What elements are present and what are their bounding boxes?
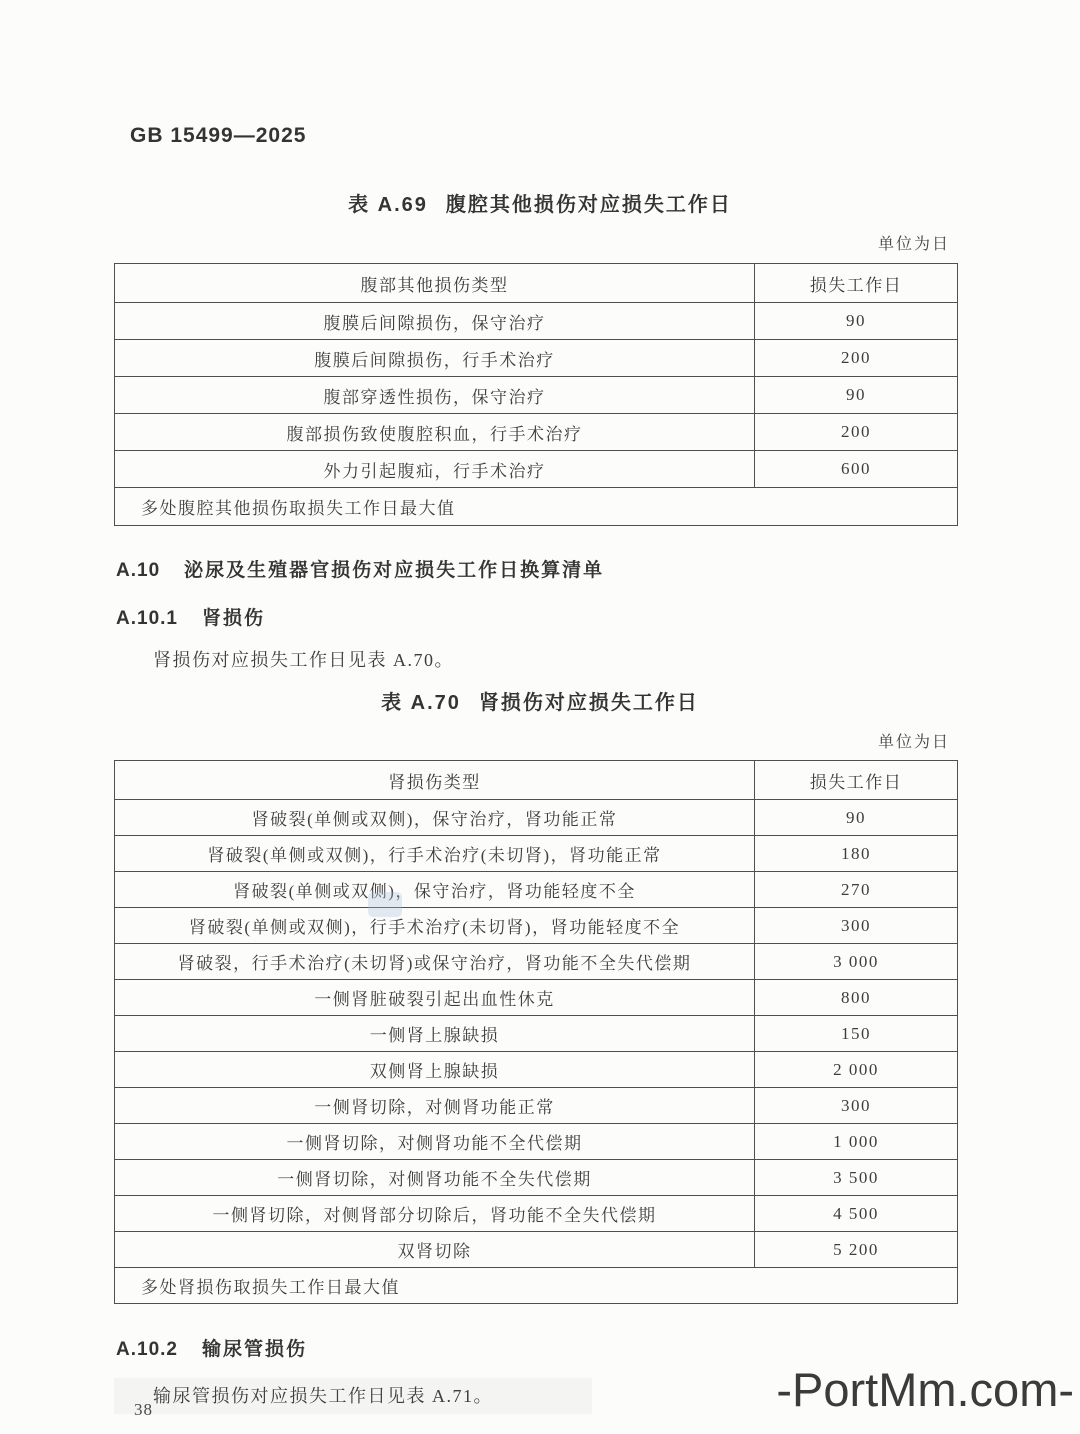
- table-row: 肾破裂(单侧或双侧)，保守治疗，肾功能轻度不全270: [115, 872, 958, 908]
- table-row: 双侧肾上腺缺损2 000: [115, 1052, 958, 1088]
- section-title: 输尿管损伤: [202, 1339, 307, 1360]
- watermark: -PortMm.com-: [776, 1362, 1074, 1417]
- table-row: 腹膜后间隙损伤，保守治疗90: [115, 303, 958, 340]
- column-header-lost-days: 损失工作日: [755, 264, 958, 303]
- table-footer-row: 多处腹腔其他损伤取损失工作日最大值: [115, 488, 958, 526]
- lost-days-cell: 90: [755, 800, 958, 836]
- lost-days-cell: 300: [755, 1088, 958, 1124]
- section-number: A.10.1: [116, 608, 178, 629]
- lost-days-cell: 270: [755, 872, 958, 908]
- injury-type-cell: 肾破裂(单侧或双侧)，行手术治疗(未切肾)，肾功能轻度不全: [115, 908, 755, 944]
- table-a69-number: 表 A.69: [348, 194, 428, 216]
- lost-days-cell: 90: [755, 377, 958, 414]
- lost-days-cell: 600: [755, 451, 958, 488]
- injury-type-cell: 一侧肾切除，对侧肾功能不全失代偿期: [115, 1160, 755, 1196]
- unit-note-a69: 单位为日: [878, 231, 950, 254]
- section-number: A.10: [116, 560, 160, 581]
- table-footer-note: 多处肾损伤取损失工作日最大值: [115, 1268, 958, 1304]
- injury-type-cell: 肾破裂，行手术治疗(未切肾)或保守治疗，肾功能不全失代偿期: [115, 944, 755, 980]
- injury-type-cell: 腹膜后间隙损伤，行手术治疗: [115, 340, 755, 377]
- table-row: 一侧肾上腺缺损150: [115, 1016, 958, 1052]
- section-title: 肾损伤: [202, 608, 265, 629]
- table-a70-title-text: 肾损伤对应损失工作日: [479, 692, 699, 714]
- table-header-row: 腹部其他损伤类型 损失工作日: [115, 264, 958, 303]
- injury-type-cell: 腹部穿透性损伤，保守治疗: [115, 377, 755, 414]
- table-header-row: 肾损伤类型 损失工作日: [115, 761, 958, 800]
- lost-days-cell: 1 000: [755, 1124, 958, 1160]
- column-header-injury-type: 腹部其他损伤类型: [115, 264, 755, 303]
- injury-type-cell: 一侧肾切除，对侧肾部分切除后，肾功能不全失代偿期: [115, 1196, 755, 1232]
- section-title: 泌尿及生殖器官损伤对应损失工作日换算清单: [184, 560, 604, 581]
- table-a70-number: 表 A.70: [381, 692, 461, 714]
- injury-type-cell: 一侧肾切除，对侧肾功能不全代偿期: [115, 1124, 755, 1160]
- section-number: A.10.2: [116, 1339, 178, 1360]
- lost-days-cell: 2 000: [755, 1052, 958, 1088]
- injury-type-cell: 一侧肾切除，对侧肾功能正常: [115, 1088, 755, 1124]
- injury-type-cell: 双侧肾上腺缺损: [115, 1052, 755, 1088]
- section-heading-a10: A.10泌尿及生殖器官损伤对应损失工作日换算清单: [116, 555, 604, 582]
- unit-note-a70: 单位为日: [878, 729, 950, 752]
- injury-type-cell: 肾破裂(单侧或双侧)，保守治疗，肾功能正常: [115, 800, 755, 836]
- table-footer-note: 多处腹腔其他损伤取损失工作日最大值: [115, 488, 958, 526]
- lost-days-cell: 180: [755, 836, 958, 872]
- injury-type-cell: 腹部损伤致使腹腔积血，行手术治疗: [115, 414, 755, 451]
- document-page: GB 15499—2025 表 A.69腹腔其他损伤对应损失工作日 单位为日 腹…: [0, 0, 1080, 1434]
- lost-days-cell: 90: [755, 303, 958, 340]
- table-a70-title: 表 A.70肾损伤对应损失工作日: [0, 686, 1080, 715]
- scan-artifact-highlight: [368, 892, 402, 917]
- injury-type-cell: 腹膜后间隙损伤，保守治疗: [115, 303, 755, 340]
- table-row: 肾破裂(单侧或双侧)，行手术治疗(未切肾)，肾功能轻度不全300: [115, 908, 958, 944]
- table-footer-row: 多处肾损伤取损失工作日最大值: [115, 1268, 958, 1304]
- lost-days-cell: 200: [755, 414, 958, 451]
- table-row: 一侧肾切除，对侧肾功能不全代偿期1 000: [115, 1124, 958, 1160]
- table-row: 双肾切除5 200: [115, 1232, 958, 1268]
- injury-type-cell: 肾破裂(单侧或双侧)，行手术治疗(未切肾)，肾功能正常: [115, 836, 755, 872]
- paragraph-a10-1: 肾损伤对应损失工作日见表 A.70。: [116, 646, 816, 672]
- table-row: 腹部穿透性损伤，保守治疗90: [115, 377, 958, 414]
- table-row: 一侧肾脏破裂引起出血性休克800: [115, 980, 958, 1016]
- injury-type-cell: 一侧肾上腺缺损: [115, 1016, 755, 1052]
- lost-days-cell: 3 000: [755, 944, 958, 980]
- injury-type-cell: 外力引起腹疝，行手术治疗: [115, 451, 755, 488]
- injury-type-cell: 一侧肾脏破裂引起出血性休克: [115, 980, 755, 1016]
- lost-days-cell: 5 200: [755, 1232, 958, 1268]
- table-a69-title: 表 A.69腹腔其他损伤对应损失工作日: [0, 188, 1080, 217]
- table-a69: 腹部其他损伤类型 损失工作日 腹膜后间隙损伤，保守治疗90 腹膜后间隙损伤，行手…: [114, 263, 958, 526]
- section-heading-a10-1: A.10.1肾损伤: [116, 603, 265, 630]
- table-row: 外力引起腹疝，行手术治疗600: [115, 451, 958, 488]
- standard-number: GB 15499—2025: [130, 124, 306, 148]
- table-row: 一侧肾切除，对侧肾功能正常300: [115, 1088, 958, 1124]
- injury-type-cell: 肾破裂(单侧或双侧)，保守治疗，肾功能轻度不全: [115, 872, 755, 908]
- paragraph-a10-2: 输尿管损伤对应损失工作日见表 A.71。: [116, 1382, 816, 1408]
- injury-type-cell: 双肾切除: [115, 1232, 755, 1268]
- table-a69-title-text: 腹腔其他损伤对应损失工作日: [446, 194, 732, 216]
- column-header-lost-days: 损失工作日: [755, 761, 958, 800]
- table-row: 一侧肾切除，对侧肾部分切除后，肾功能不全失代偿期4 500: [115, 1196, 958, 1232]
- lost-days-cell: 150: [755, 1016, 958, 1052]
- lost-days-cell: 4 500: [755, 1196, 958, 1232]
- table-row: 肾破裂(单侧或双侧)，保守治疗，肾功能正常90: [115, 800, 958, 836]
- table-row: 肾破裂(单侧或双侧)，行手术治疗(未切肾)，肾功能正常180: [115, 836, 958, 872]
- table-row: 肾破裂，行手术治疗(未切肾)或保守治疗，肾功能不全失代偿期3 000: [115, 944, 958, 980]
- lost-days-cell: 300: [755, 908, 958, 944]
- lost-days-cell: 3 500: [755, 1160, 958, 1196]
- table-row: 一侧肾切除，对侧肾功能不全失代偿期3 500: [115, 1160, 958, 1196]
- table-row: 腹部损伤致使腹腔积血，行手术治疗200: [115, 414, 958, 451]
- section-heading-a10-2: A.10.2输尿管损伤: [116, 1334, 307, 1361]
- table-row: 腹膜后间隙损伤，行手术治疗200: [115, 340, 958, 377]
- table-a70: 肾损伤类型 损失工作日 肾破裂(单侧或双侧)，保守治疗，肾功能正常90 肾破裂(…: [114, 760, 958, 1304]
- lost-days-cell: 200: [755, 340, 958, 377]
- lost-days-cell: 800: [755, 980, 958, 1016]
- column-header-injury-type: 肾损伤类型: [115, 761, 755, 800]
- page-number: 38: [134, 1400, 153, 1420]
